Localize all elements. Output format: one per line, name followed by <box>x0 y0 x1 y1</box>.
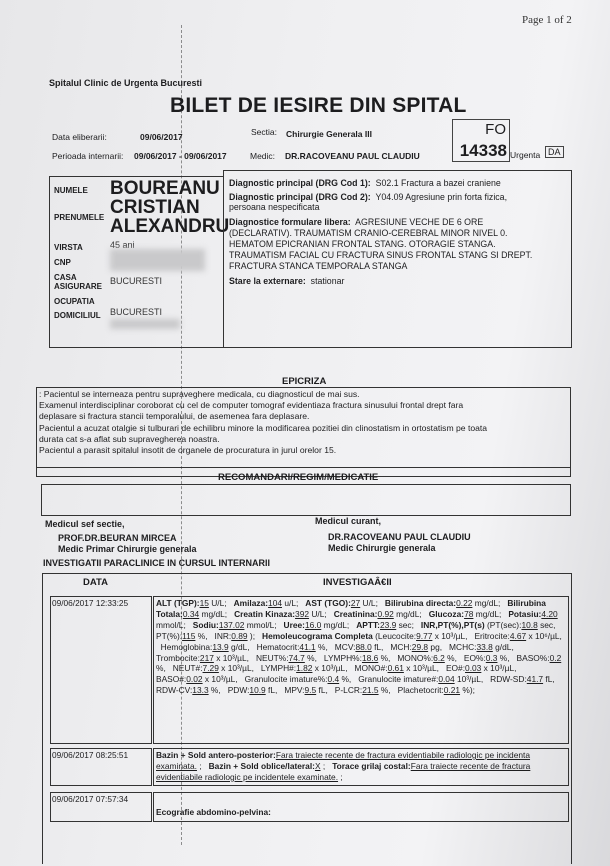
creatinine-value: 0.92 <box>377 609 393 619</box>
inr-value: 0.89 <box>231 631 247 641</box>
neut-pct-value: 74.7 <box>289 653 305 663</box>
baso-abs-value: 0.02 <box>186 674 202 684</box>
insurance-label-1: CASA <box>54 274 77 282</box>
fo-label: FO <box>485 121 506 138</box>
recommendations-box <box>41 484 571 516</box>
firstname-1: CRISTIAN <box>110 198 200 218</box>
mpv-value: 9.5 <box>305 685 317 695</box>
release-date-label: Data eliberarii: <box>52 132 107 142</box>
cnp-label: CNP <box>54 259 71 267</box>
hospital-name: Spitalul Clinic de Urgenta Bucuresti <box>49 78 202 88</box>
investigations-table: DATA INVESTIGAÂ€II 09/06/2017 12:33:25 A… <box>42 573 572 864</box>
age-label: VIRSTA <box>54 244 83 252</box>
pt-sec-value: 10.8 <box>521 620 537 630</box>
pct-value: 0.21 <box>444 685 460 695</box>
cnp-redacted <box>110 249 205 271</box>
lymph-abs-value: 1.82 <box>296 663 312 673</box>
fo-box: FO 14338 <box>452 119 510 162</box>
mchc-value: 33.8 <box>477 642 493 652</box>
table-row: 09/06/2017 08:25:51 Bazin + Sold antero-… <box>50 746 569 788</box>
free-diag-5: FRACTURA STANCA TEMPORALA STANGA <box>229 261 569 272</box>
section-label: Sectia: <box>251 127 277 137</box>
row-date: 09/06/2017 07:57:34 <box>50 792 152 822</box>
investigations-title: INVESTIGATII PARACLINICE IN CURSUL INTER… <box>43 558 270 568</box>
address-label: DOMICILIUL <box>54 312 101 320</box>
attending-doctor-name: DR.RACOVEANU PAUL CLAUDIU <box>328 532 471 542</box>
eo-pct-value: 0.3 <box>486 653 498 663</box>
rbc-value: 4.67 <box>510 631 526 641</box>
eo-abs-value: 0.03 <box>465 663 481 673</box>
page-indicator: Page 1 of 2 <box>522 14 572 26</box>
address-redacted <box>110 319 180 329</box>
mono-abs-value: 0.61 <box>388 663 404 673</box>
epicriza-line: durata cat s-a aflat sub supravegherea n… <box>39 434 567 445</box>
lymph-pct-value: 18.6 <box>362 653 378 663</box>
glucose-value: 78 <box>464 609 473 619</box>
row-date: 09/06/2017 08:25:51 <box>50 748 152 786</box>
urgency-label: Urgenta <box>510 150 540 160</box>
section-value: Chirurgie Generala III <box>286 129 372 139</box>
insurance-label-2: ASIGURARE <box>54 283 102 291</box>
table-row: 09/06/2017 12:33:25 ALT (TGP):15 U/L; Am… <box>50 589 569 744</box>
discharge-state-label: Stare la externare: <box>229 276 306 286</box>
pt-pct-value: 115 <box>182 631 195 641</box>
diagnosis-box: Diagnostic principal (DRG Cod 1): S02.1 … <box>223 170 572 348</box>
ig-pct-value: 0.4 <box>328 674 340 684</box>
epicriza-text: : Pacientul se interneaza pentru suprave… <box>39 389 567 456</box>
doctor-label: Medic: <box>250 151 275 161</box>
discharge-state-line: Stare la externare: stationar <box>229 276 569 287</box>
ultrasound-results: Ecografie abdomino-pelvina: <box>153 792 569 822</box>
insurance-value: BUCURESTI <box>110 276 162 286</box>
mch-value: 29.8 <box>412 642 428 652</box>
occupation-label: OCUPATIA <box>54 298 95 306</box>
head-doctor-title: Medic Primar Chirurgie generala <box>58 544 197 554</box>
drg1-line: Diagnostic principal (DRG Cod 1): S02.1 … <box>229 178 569 189</box>
period-value: 09/06/2017 - 09/06/2017 <box>134 151 227 161</box>
patient-info-box: NUMELE BOUREANU PRENUMELE CRISTIAN ALEXA… <box>49 176 224 348</box>
wbc-value: 9.77 <box>416 631 432 641</box>
drg1-value: S02.1 Fractura a bazei craniene <box>376 178 501 188</box>
epicriza-line: Pacientul a acuzat otalgie si tulburari … <box>39 423 567 434</box>
firstname-2: ALEXANDRU <box>110 217 229 237</box>
address-value: BUCURESTI <box>110 307 162 317</box>
p-lcr-value: 21.5 <box>362 685 378 695</box>
plt-value: 217 <box>200 653 214 663</box>
lab-results: ALT (TGP):15 U/L; Amilaza:104 u/L; AST (… <box>153 596 569 744</box>
attending-doctor-label: Medicul curant, <box>315 516 381 526</box>
rdw-sd-value: 41.7 <box>527 674 543 684</box>
urea-value: 16.0 <box>305 620 321 630</box>
col-header-investigations: INVESTIGAÂ€II <box>323 577 392 588</box>
sodium-value: 137.02 <box>219 620 245 630</box>
mcv-value: 88.0 <box>355 642 371 652</box>
firstname-label: PRENUMELE <box>54 214 104 222</box>
neut-abs-value: 7.29 <box>203 663 219 673</box>
head-doctor-name: PROF.DR.BEURAN MIRCEA <box>58 533 177 543</box>
aptt-value: 23.9 <box>380 620 396 630</box>
rx-thorax-label: Torace grilaj costal: <box>332 761 411 771</box>
surname-label: NUMELE <box>54 187 88 195</box>
rx-pelvis-obl-value: X <box>315 761 321 771</box>
urgency-value: DA <box>545 146 564 158</box>
epicriza-line: Pacientul a parasit spitalul insotit de … <box>39 445 567 456</box>
epicriza-box: : Pacientul se interneaza pentru suprave… <box>36 387 571 468</box>
ck-value: 392 <box>295 609 309 619</box>
release-date: 09/06/2017 <box>140 132 183 142</box>
free-diag-line: Diagnostice formulare libera: AGRESIUNE … <box>229 217 569 228</box>
mono-pct-value: 6.2 <box>433 653 445 663</box>
free-diag-label: Diagnostice formulare libera: <box>229 217 351 227</box>
free-diag-4: TRAUMATISM FACIAL CU FRACTURA SINUS FRON… <box>229 250 569 261</box>
baso-pct-value: 0.2 <box>550 653 562 663</box>
period-label: Perioada internarii: <box>52 151 123 161</box>
bilirubin-direct-value: 0.22 <box>456 598 472 608</box>
drg1-label: Diagnostic principal (DRG Cod 1): <box>229 178 371 188</box>
table-row: 09/06/2017 07:57:34 Ecografie abdomino-p… <box>50 790 569 820</box>
amilaza-value: 104 <box>268 598 282 608</box>
drg2-value: Y04.09 Agresiune prin forta fizica, <box>375 192 507 202</box>
rdw-cv-value: 13.3 <box>192 685 208 695</box>
epicriza-line: : Pacientul se interneaza pentru suprave… <box>39 389 567 400</box>
hct-value: 41.1 <box>299 642 315 652</box>
epicriza-title: EPICRIZA <box>282 376 326 387</box>
row-date: 09/06/2017 12:33:25 <box>50 596 152 744</box>
ig-abs-value: 0.04 <box>438 674 454 684</box>
surname: BOUREANU <box>110 179 220 199</box>
epicriza-line: deplasare si fractura stancii temporalul… <box>39 411 567 422</box>
attending-doctor-title: Medic Chirurgie generala <box>328 543 436 553</box>
recommendations-title: RECOMANDARI/REGIM/MEDICATIE <box>218 472 378 483</box>
free-diag-1: AGRESIUNE VECHE DE 6 ORE <box>355 217 483 227</box>
epicriza-line: Examenul interdisciplinar coroborat cu c… <box>39 400 567 411</box>
document-title: BILET DE IESIRE DIN SPITAL <box>170 94 467 118</box>
potassium-value: 4.20 <box>541 609 557 619</box>
drg2-value-cont: persoana nespecificata <box>229 202 569 213</box>
rx-pelvis-obl-label: Bazin + Sold oblice/lateral: <box>209 761 315 771</box>
bilirubin-total-value: 0.34 <box>183 609 199 619</box>
col-header-date: DATA <box>83 577 108 588</box>
rx-pelvis-ap-label: Bazin + Sold antero-posterior: <box>156 750 276 760</box>
hgb-value: 13.9 <box>212 642 228 652</box>
free-diag-3: HEMATOM EPICRANIAN FRONTAL STANG. OTORAG… <box>229 239 569 250</box>
doctor-value: DR.RACOVEANU PAUL CLAUDIU <box>285 151 420 161</box>
pdw-value: 10.9 <box>249 685 265 695</box>
free-diag-2: (DECLARATIV). TRAUMATISM CRANIO-CEREBRAL… <box>229 228 569 239</box>
drg2-label: Diagnostic principal (DRG Cod 2): <box>229 192 371 202</box>
ultrasound-label: Ecografie abdomino-pelvina: <box>156 807 271 817</box>
ast-value: 27 <box>351 598 360 608</box>
head-doctor-label: Medicul sef sectie, <box>45 519 125 529</box>
alt-value: 15 <box>200 598 209 608</box>
fo-number: 14338 <box>460 141 507 161</box>
discharge-state: stationar <box>311 276 345 286</box>
radiology-results: Bazin + Sold antero-posterior:Fara traie… <box>153 748 569 786</box>
